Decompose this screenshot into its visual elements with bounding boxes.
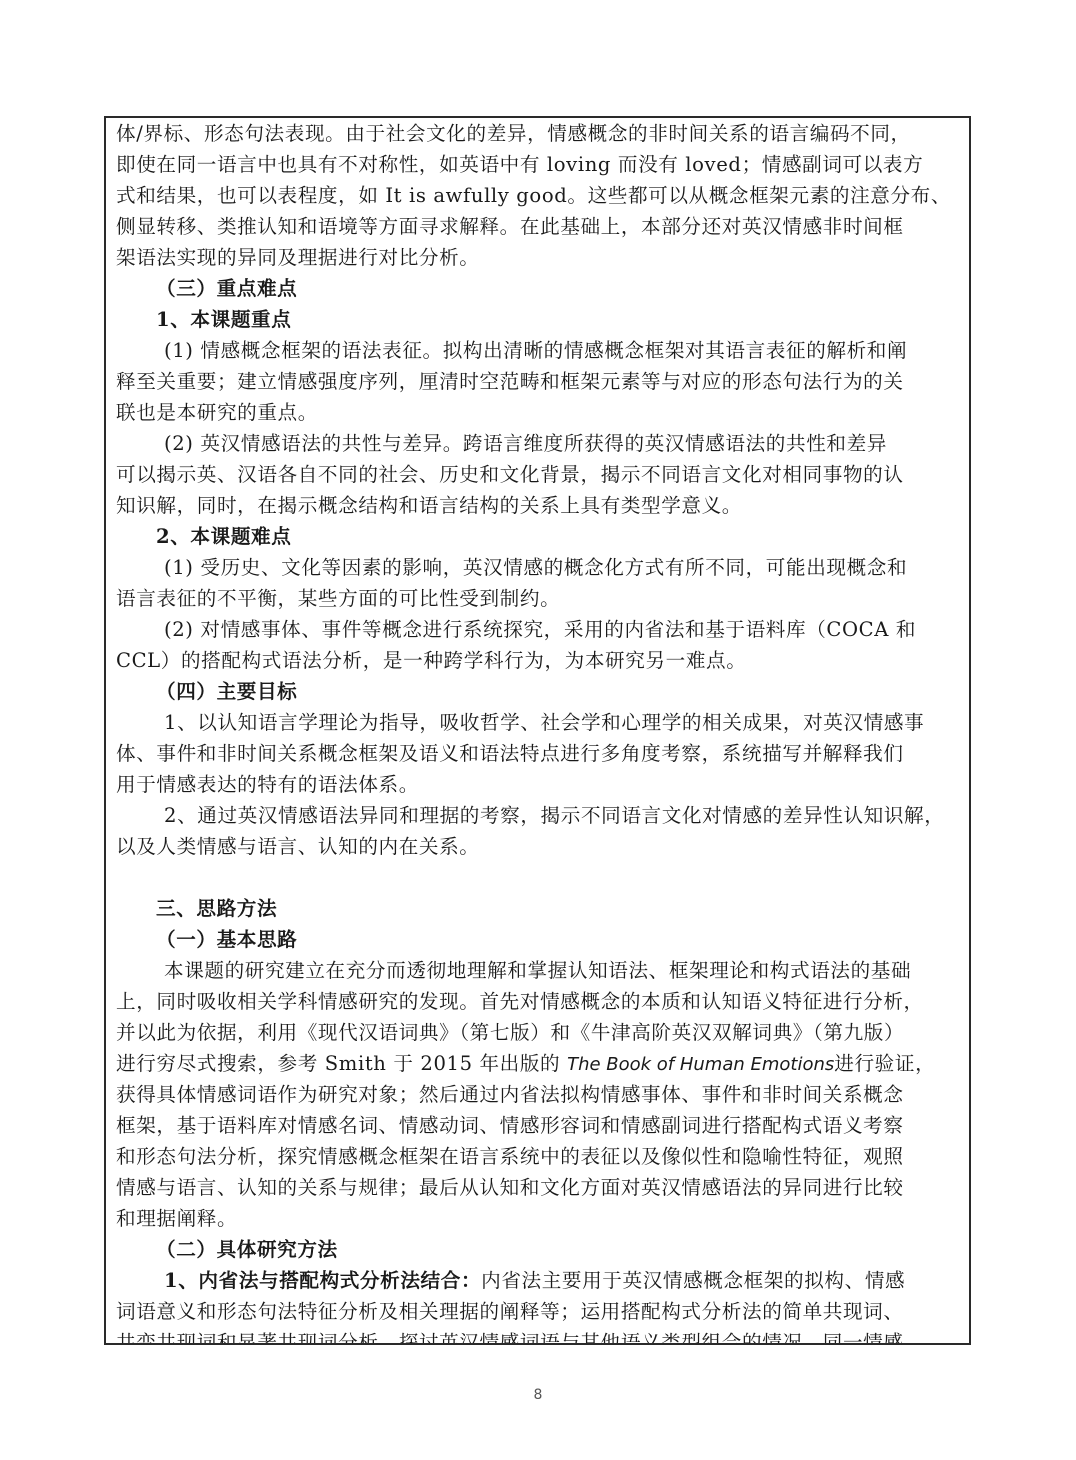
text-line: 2、通过英汉情感语法异同和理据的考察，揭示不同语言文化对情感的差异性认知识解，	[116, 800, 966, 831]
text-line: 侧显转移、类推认知和语境等方面寻求解释。在此基础上，本部分还对英汉情感非时间框	[116, 211, 966, 242]
document-frame: 体/界标、形态句法表现。由于社会文化的差异，情感概念的非时间关系的语言编码不同，…	[104, 116, 971, 1345]
text-line: 以及人类情感与语言、认知的内在关系。	[116, 831, 966, 862]
text-line: 架语法实现的异同及理据进行对比分析。	[116, 242, 966, 273]
text-segment: 进行穷尽式搜索，参考 Smith 于 2015 年出版的	[116, 1052, 567, 1075]
text-line: 共变共现词和显著共现词分析，探讨英汉情感词语与其他语义类型组合的情况、同一情感	[116, 1327, 966, 1345]
text-line: (1) 情感概念框架的语法表征。拟构出清晰的情感概念框架对其语言表征的解析和阐	[116, 335, 966, 366]
continuation-paragraph: 体/界标、形态句法表现。由于社会文化的差异，情感概念的非时间关系的语言编码不同，…	[116, 118, 966, 273]
text-line: 上，同时吸收相关学科情感研究的发现。首先对情感概念的本质和认知语义特征进行分析，	[116, 986, 966, 1017]
text-line: 体、事件和非时间关系概念框架及语义和语法特点进行多角度考察，系统描写并解释我们	[116, 738, 966, 769]
text-line: 词语意义和形态句法特征分析及相关理据的阐释等；运用搭配构式分析法的简单共现词、	[116, 1296, 966, 1327]
text-line-with-book-title: 进行穷尽式搜索，参考 Smith 于 2015 年出版的 The Book of…	[116, 1048, 966, 1079]
text-line: CCL）的搭配构式语法分析，是一种跨学科行为，为本研究另一难点。	[116, 645, 966, 676]
text-line: 本课题的研究建立在充分而透彻地理解和掌握认知语法、框架理论和构式语法的基础	[116, 955, 966, 986]
text-line: 体/界标、形态句法表现。由于社会文化的差异，情感概念的非时间关系的语言编码不同，	[116, 118, 966, 149]
key-point-2: (2) 英汉情感语法的共性与差异。跨语言维度所获得的英汉情感语法的共性和差异 可…	[116, 428, 966, 521]
difficulty-2: (2) 对情感事体、事件等概念进行系统探究，采用的内省法和基于语料库（COCA …	[116, 614, 966, 676]
goal-2: 2、通过英汉情感语法异同和理据的考察，揭示不同语言文化对情感的差异性认知识解， …	[116, 800, 966, 862]
text-line: 和形态句法分析，探究情感概念框架在语言系统中的表征以及像似性和隐喻性特征，观照	[116, 1141, 966, 1172]
difficulty-1: (1) 受历史、文化等因素的影响，英汉情感的概念化方式有所不同，可能出现概念和 …	[116, 552, 966, 614]
key-point-1: (1) 情感概念框架的语法表征。拟构出清晰的情感概念框架对其语言表征的解析和阐 …	[116, 335, 966, 428]
heading-key-difficult: （三）重点难点	[116, 273, 966, 304]
page-number: 8	[0, 1387, 1076, 1403]
text-line: 式和结果，也可以表程度，如 It is awfully good。这些都可以从概…	[116, 180, 966, 211]
text-line: 联也是本研究的重点。	[116, 397, 966, 428]
goal-1: 1、以认知语言学理论为指导，吸收哲学、社会学和心理学的相关成果，对英汉情感事 体…	[116, 707, 966, 800]
text-line: (2) 对情感事体、事件等概念进行系统探究，采用的内省法和基于语料库（COCA …	[116, 614, 966, 645]
text-line: 语言表征的不平衡，某些方面的可比性受到制约。	[116, 583, 966, 614]
heading-difficulties: 2、本课题难点	[116, 521, 966, 552]
heading-specific-methods: （二）具体研究方法	[116, 1234, 966, 1265]
text-line: 获得具体情感词语作为研究对象；然后通过内省法拟构情感事体、事件和非时间关系概念	[116, 1079, 966, 1110]
heading-methods: 三、思路方法	[116, 893, 966, 924]
heading-goals: （四）主要目标	[116, 676, 966, 707]
text-line: 框架，基于语料库对情感名词、情感动词、情感形容词和情感副词进行搭配构式语义考察	[116, 1110, 966, 1141]
heading-key-points: 1、本课题重点	[116, 304, 966, 335]
text-line: 知识解，同时，在揭示概念结构和语言结构的关系上具有类型学意义。	[116, 490, 966, 521]
heading-basic-idea: （一）基本思路	[116, 924, 966, 955]
text-line: 1、以认知语言学理论为指导，吸收哲学、社会学和心理学的相关成果，对英汉情感事	[116, 707, 966, 738]
basic-idea-paragraph: 本课题的研究建立在充分而透彻地理解和掌握认知语法、框架理论和构式语法的基础 上，…	[116, 955, 966, 1234]
text-line: 并以此为依据，利用《现代汉语词典》（第七版）和《牛津高阶英汉双解词典》（第九版）	[116, 1017, 966, 1048]
text-line: (1) 受历史、文化等因素的影响，英汉情感的概念化方式有所不同，可能出现概念和	[116, 552, 966, 583]
text-line: 1、内省法与搭配构式分析法结合：内省法主要用于英汉情感概念框架的拟构、情感	[116, 1265, 966, 1296]
text-line: 可以揭示英、汉语各自不同的社会、历史和文化背景，揭示不同语言文化对相同事物的认	[116, 459, 966, 490]
text-line: 释至关重要；建立情感强度序列，厘清时空范畴和框架元素等与对应的形态句法行为的关	[116, 366, 966, 397]
text-line: 用于情感表达的特有的语法体系。	[116, 769, 966, 800]
text-line: 即使在同一语言中也具有不对称性，如英语中有 loving 而没有 loved；情…	[116, 149, 966, 180]
document-content: 体/界标、形态句法表现。由于社会文化的差异，情感概念的非时间关系的语言编码不同，…	[116, 118, 966, 1345]
text-segment: 内省法主要用于英汉情感概念框架的拟构、情感	[481, 1269, 905, 1292]
method-label: 1、内省法与搭配构式分析法结合：	[164, 1269, 481, 1292]
spacer	[116, 862, 966, 893]
text-line: (2) 英汉情感语法的共性与差异。跨语言维度所获得的英汉情感语法的共性和差异	[116, 428, 966, 459]
method-1: 1、内省法与搭配构式分析法结合：内省法主要用于英汉情感概念框架的拟构、情感 词语…	[116, 1265, 966, 1345]
book-title: The Book of Human Emotions	[567, 1054, 834, 1075]
text-segment: 进行验证，	[834, 1052, 935, 1075]
text-line: 和理据阐释。	[116, 1203, 966, 1234]
text-line: 情感与语言、认知的关系与规律；最后从认知和文化方面对英汉情感语法的异同进行比较	[116, 1172, 966, 1203]
